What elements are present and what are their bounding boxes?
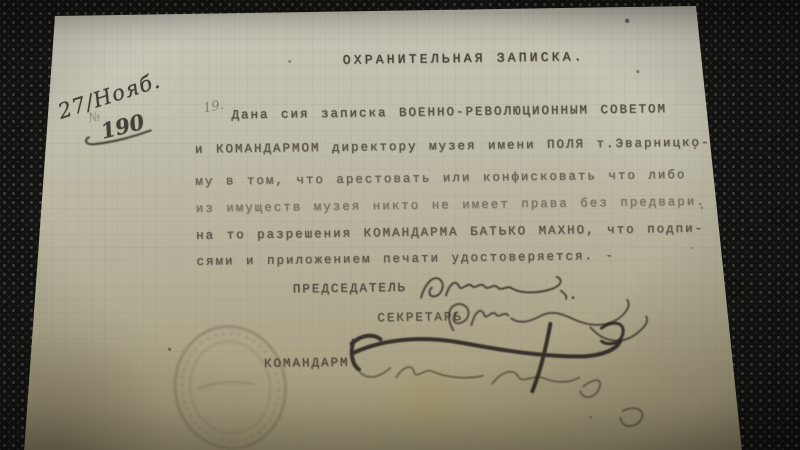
round-stamp xyxy=(166,318,294,450)
document-content: 27/Нояб. № 190 19. ОХРАНИТЕЛЬНАЯ ЗАПИСКА… xyxy=(0,0,800,450)
commander-signature xyxy=(351,323,624,394)
number-underline xyxy=(86,130,151,144)
ink-specks xyxy=(164,18,707,425)
commander-signature-flourish xyxy=(360,364,643,430)
handwriting-overlay xyxy=(0,0,800,450)
photo-background: 27/Нояб. № 190 19. ОХРАНИТЕЛЬНАЯ ЗАПИСКА… xyxy=(0,0,800,450)
chairman-signature xyxy=(421,276,575,301)
